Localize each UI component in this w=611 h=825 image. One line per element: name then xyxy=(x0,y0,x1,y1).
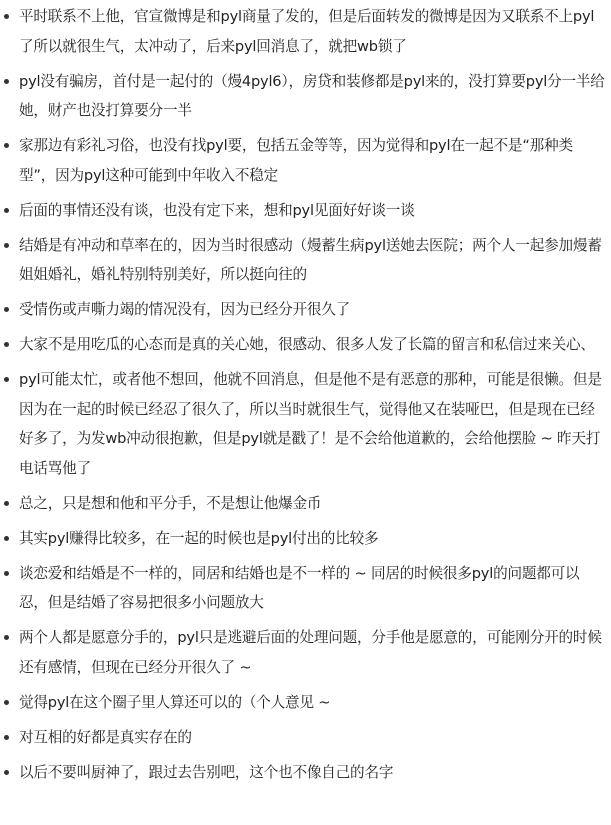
bullet-icon xyxy=(4,243,9,248)
list-item: 受情伤或声嘶力竭的情况没有，因为已经分开很久了 xyxy=(0,295,611,325)
bullet-icon xyxy=(4,208,9,213)
list-item: 平时联系不上他，官宣微博是和pyl商量了发的，但是后面转发的微博是因为又联系不上… xyxy=(0,2,611,61)
bullet-icon xyxy=(4,377,9,382)
list-item-text: 结婚是有冲动和草率在的，因为当时很感动（熳蓄生病pyl送她去医院；两个人一起参加… xyxy=(19,231,605,290)
bullet-icon xyxy=(4,735,9,740)
bullet-icon xyxy=(4,79,9,84)
bullet-icon xyxy=(4,501,9,506)
list-item: 以后不要叫厨神了，跟过去告别吧，这个也不像自己的名字 xyxy=(0,758,611,788)
list-item-text: 总之，只是想和他和平分手，不是想让他爆金币 xyxy=(19,489,605,519)
list-item-text: 对互相的好都是真实存在的 xyxy=(19,723,605,753)
list-item-text: 两个人都是愿意分手的，pyl只是逃避后面的处理问题，分手他是愿意的，可能刚分开的… xyxy=(19,623,605,682)
list-item: 其实pyl赚得比较多，在一起的时候也是pyl付出的比较多 xyxy=(0,524,611,554)
list-item: 后面的事情还没有谈，也没有定下来，想和pyl见面好好谈一谈 xyxy=(0,196,611,226)
list-item: pyl可能太忙，或者他不想回，他就不回消息，但是他不是有恶意的那种，可能是很懒。… xyxy=(0,365,611,483)
list-item: 大家不是用吃瓜的心态而是真的关心她，很感动、很多人发了长篇的留言和私信过来关心、 xyxy=(0,330,611,360)
list-item: 觉得pyl在这个圈子里人算还可以的（个人意见 ~ xyxy=(0,688,611,718)
bullet-icon xyxy=(4,307,9,312)
bullet-icon xyxy=(4,700,9,705)
list-item: 谈恋爱和结婚是不一样的，同居和结婚也是不一样的 ~ 同居的时候很多pyl的问题都… xyxy=(0,559,611,618)
bullet-list: 平时联系不上他，官宣微博是和pyl商量了发的，但是后面转发的微博是因为又联系不上… xyxy=(0,0,611,787)
list-item-text: 大家不是用吃瓜的心态而是真的关心她，很感动、很多人发了长篇的留言和私信过来关心、 xyxy=(19,330,605,360)
list-item: 两个人都是愿意分手的，pyl只是逃避后面的处理问题，分手他是愿意的，可能刚分开的… xyxy=(0,623,611,682)
list-item: 对互相的好都是真实存在的 xyxy=(0,723,611,753)
list-item-text: pyl没有骗房，首付是一起付的（熳4pyl6），房贷和装修都是pyl来的，没打算… xyxy=(19,67,605,126)
list-item-text: 谈恋爱和结婚是不一样的，同居和结婚也是不一样的 ~ 同居的时候很多pyl的问题都… xyxy=(19,559,605,618)
list-item: 结婚是有冲动和草率在的，因为当时很感动（熳蓄生病pyl送她去医院；两个人一起参加… xyxy=(0,231,611,290)
list-item-text: 以后不要叫厨神了，跟过去告别吧，这个也不像自己的名字 xyxy=(19,758,605,788)
bullet-icon xyxy=(4,635,9,640)
list-item: 总之，只是想和他和平分手，不是想让他爆金币 xyxy=(0,489,611,519)
list-item-text: 觉得pyl在这个圈子里人算还可以的（个人意见 ~ xyxy=(19,688,605,718)
list-item-text: 家那边有彩礼习俗，也没有找pyl要，包括五金等等，因为觉得和pyl在一起不是“那… xyxy=(19,131,605,190)
list-item-text: 受情伤或声嘶力竭的情况没有，因为已经分开很久了 xyxy=(19,295,605,325)
list-item-text: pyl可能太忙，或者他不想回，他就不回消息，但是他不是有恶意的那种，可能是很懒。… xyxy=(19,365,605,483)
bullet-icon xyxy=(4,770,9,775)
bullet-icon xyxy=(4,14,9,19)
bullet-icon xyxy=(4,571,9,576)
list-item: 家那边有彩礼习俗，也没有找pyl要，包括五金等等，因为觉得和pyl在一起不是“那… xyxy=(0,131,611,190)
list-item-text: 平时联系不上他，官宣微博是和pyl商量了发的，但是后面转发的微博是因为又联系不上… xyxy=(19,2,605,61)
bullet-icon xyxy=(4,342,9,347)
list-item: pyl没有骗房，首付是一起付的（熳4pyl6），房贷和装修都是pyl来的，没打算… xyxy=(0,67,611,126)
list-item-text: 其实pyl赚得比较多，在一起的时候也是pyl付出的比较多 xyxy=(19,524,605,554)
list-item-text: 后面的事情还没有谈，也没有定下来，想和pyl见面好好谈一谈 xyxy=(19,196,605,226)
bullet-icon xyxy=(4,536,9,541)
bullet-icon xyxy=(4,143,9,148)
